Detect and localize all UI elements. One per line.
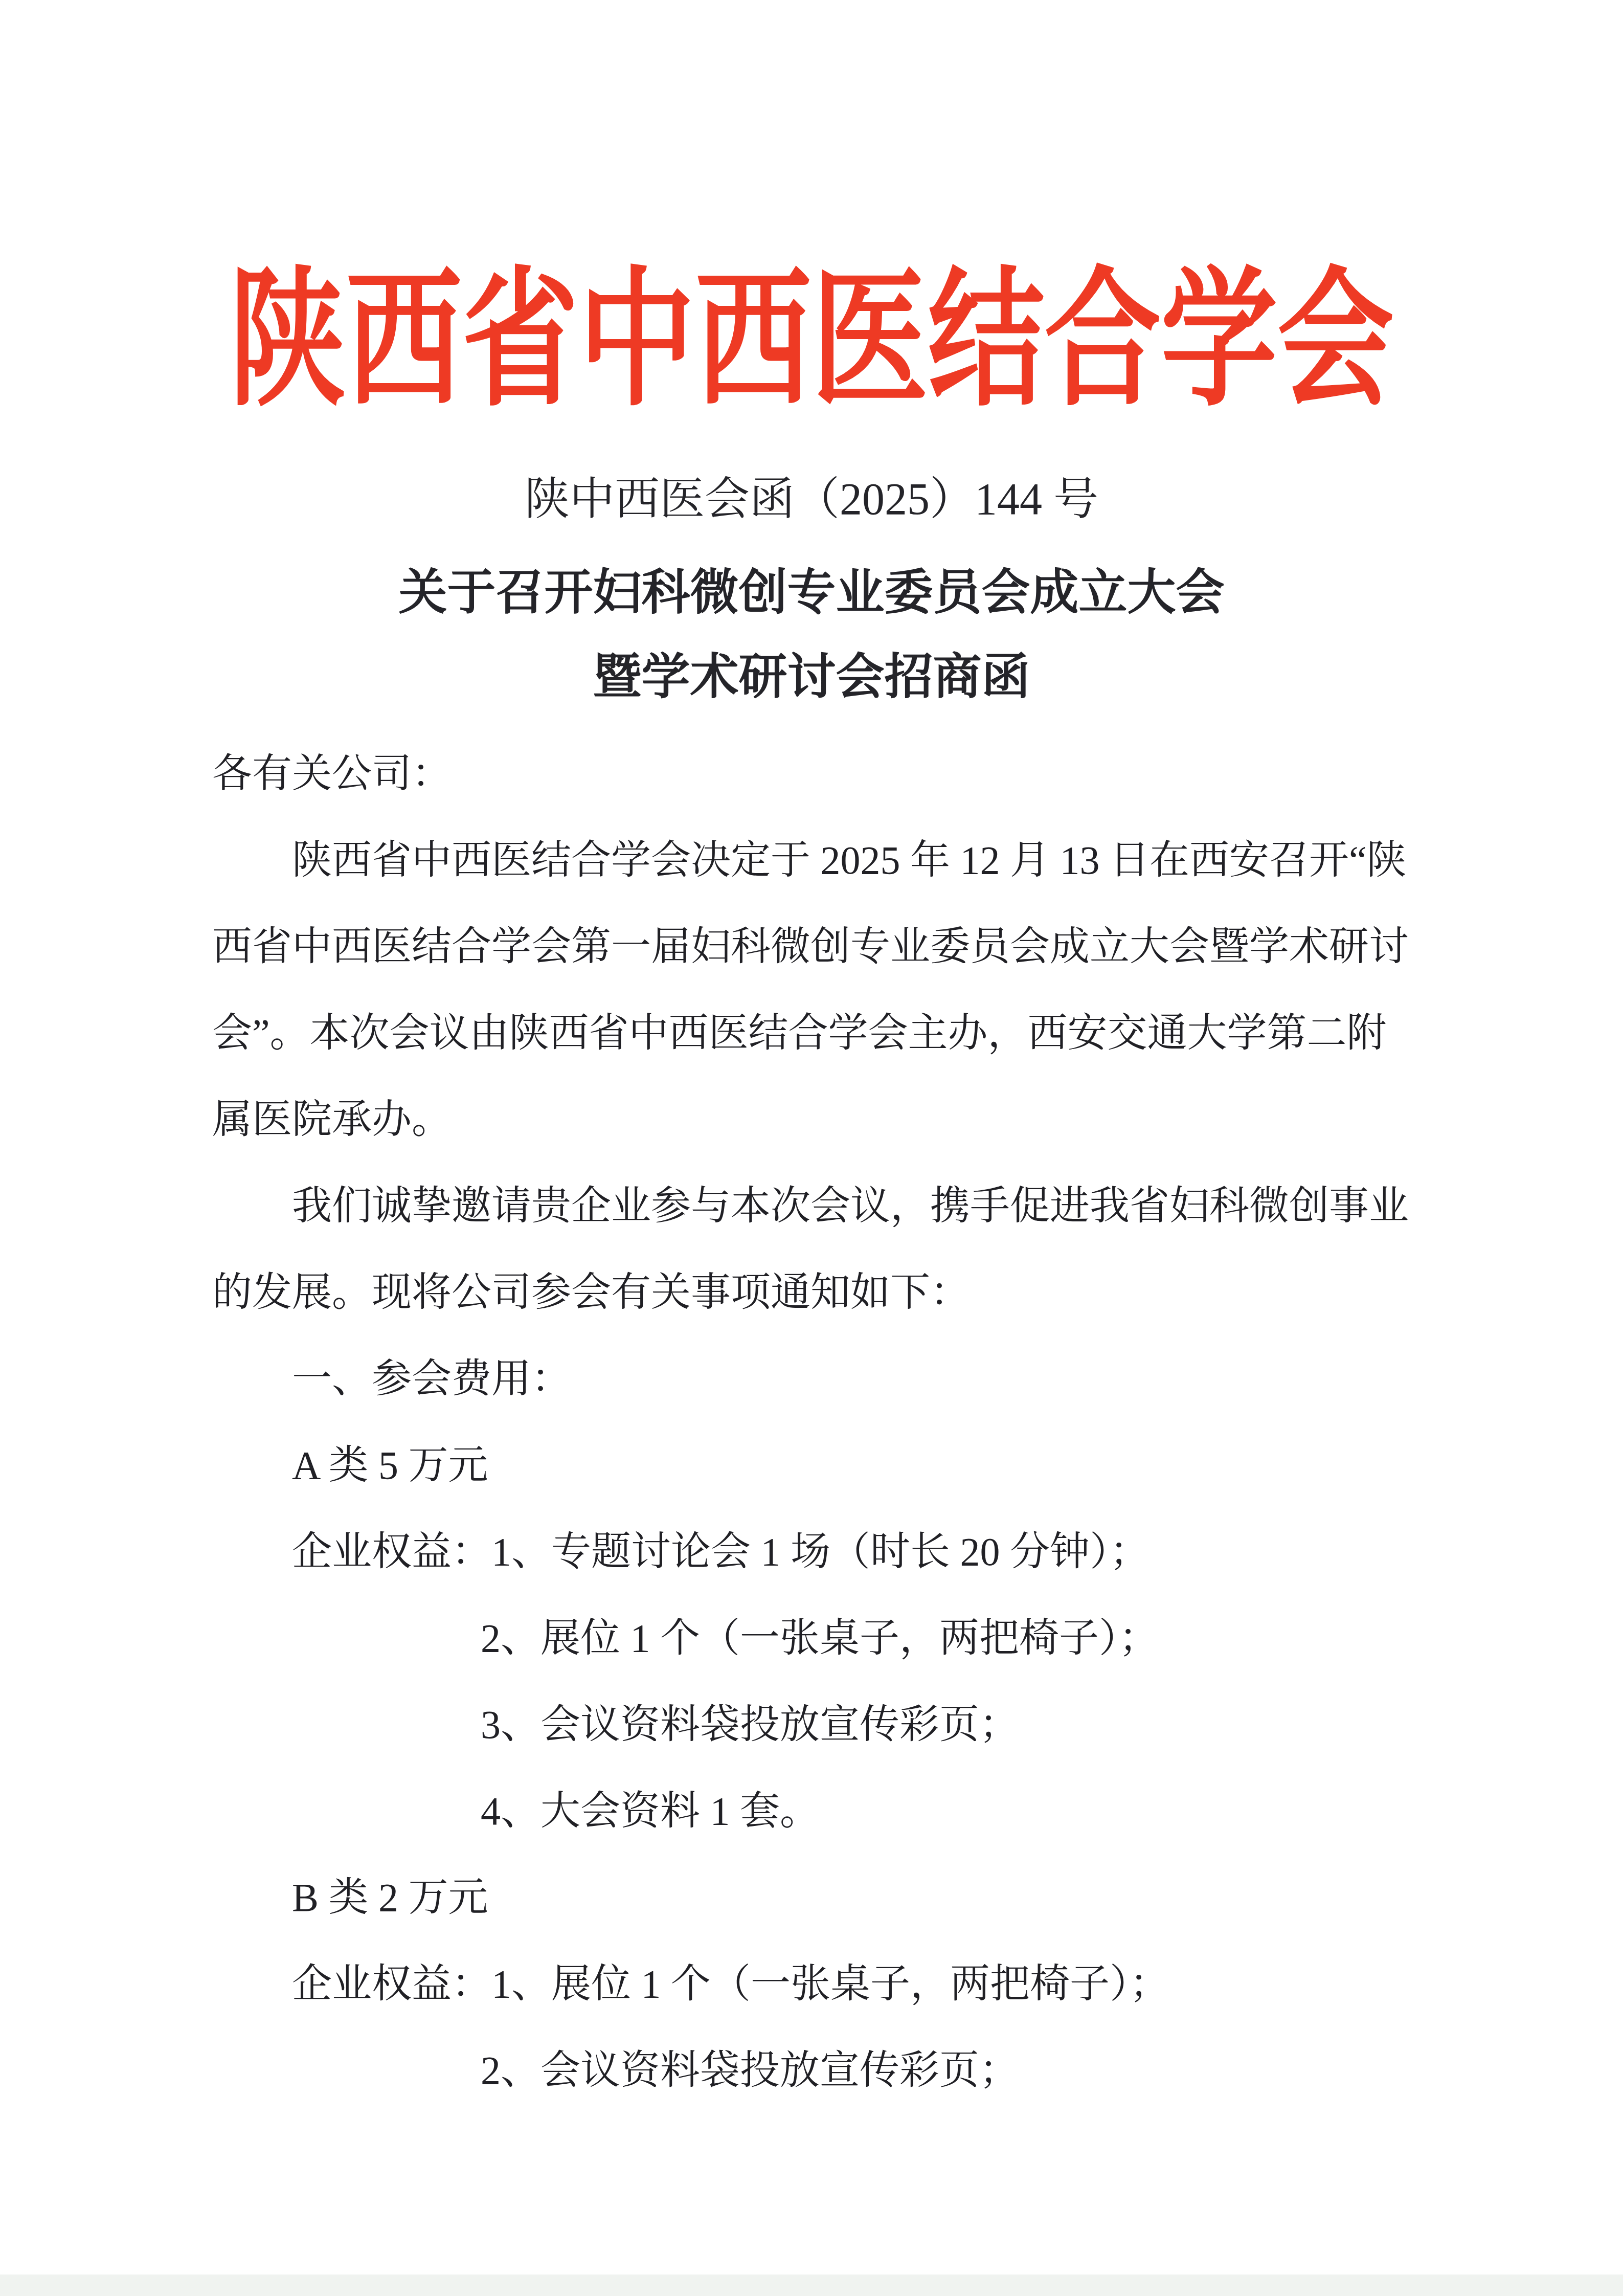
- body-line: 属医院承办。: [212, 1076, 1419, 1163]
- organization-masthead: 陕西省中西医结合学会: [0, 267, 1623, 416]
- body-line: 陕西省中西医结合学会决定于 2025 年 12 月 13 日在西安召开“陕: [212, 817, 1419, 903]
- document-number: 陕中西医会函（2025）144 号: [0, 477, 1623, 522]
- body-line: 会”。本次会议由陕西省中西医结合学会主办，西安交通大学第二附: [212, 990, 1419, 1076]
- fee-class-a: A 类 5 万元: [212, 1422, 1419, 1508]
- benefit-item: 企业权益：1、专题讨论会 1 场（时长 20 分钟）；: [212, 1508, 1419, 1595]
- organization-masthead-text: 陕西省中西医结合学会: [229, 267, 1394, 416]
- fee-class-b: B 类 2 万元: [212, 1854, 1419, 1941]
- body-line: 我们诚挚邀请贵企业参与本次会议，携手促进我省妇科微创事业: [212, 1163, 1419, 1249]
- benefit-item: 2、展位 1 个（一张桌子，两把椅子）；: [212, 1595, 1419, 1681]
- document-title-line-2: 暨学术研讨会招商函: [0, 653, 1623, 702]
- scanned-letter-page: 陕西省中西医结合学会 陕中西医会函（2025）144 号 关于召开妇科微创专业委…: [0, 0, 1623, 2296]
- benefit-item: 3、会议资料袋投放宣传彩页；: [212, 1681, 1419, 1768]
- salutation: 各有关公司：: [212, 730, 1419, 817]
- scan-edge-shadow: [0, 2275, 1623, 2296]
- benefit-item: 4、大会资料 1 套。: [212, 1768, 1419, 1854]
- document-title-line-1: 关于召开妇科微创专业委员会成立大会: [0, 569, 1623, 617]
- benefit-item: 企业权益：1、展位 1 个（一张桌子，两把椅子）；: [212, 1941, 1419, 2027]
- body-line: 的发展。现将公司参会有关事项通知如下：: [212, 1249, 1419, 1335]
- section-heading: 一、参会费用：: [212, 1335, 1419, 1422]
- body-line: 西省中西医结合学会第一届妇科微创专业委员会成立大会暨学术研讨: [212, 903, 1419, 990]
- letter-body: 各有关公司： 陕西省中西医结合学会决定于 2025 年 12 月 13 日在西安…: [212, 730, 1419, 2113]
- benefit-item: 2、会议资料袋投放宣传彩页；: [212, 2027, 1419, 2113]
